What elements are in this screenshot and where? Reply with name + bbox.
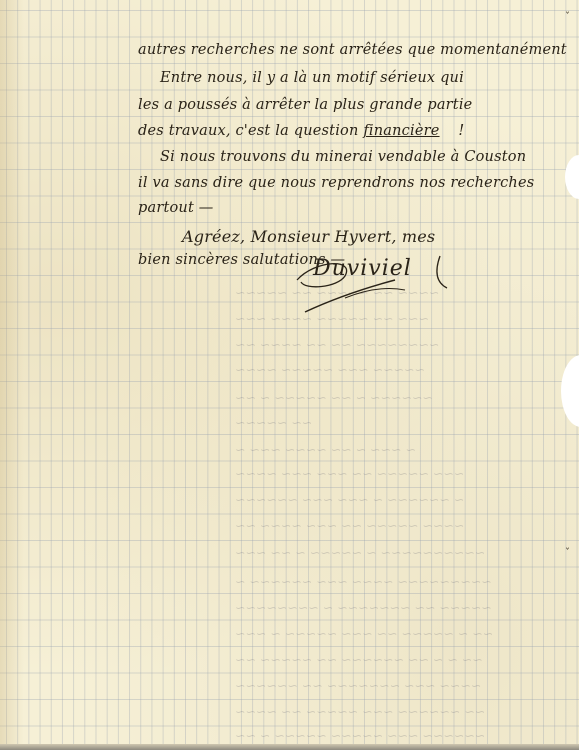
text-line-6: il va sans dire que nous reprendrons nos… [138, 175, 534, 191]
bleed-through-line: ~~~~~~~~~ ~~~~ ~~~ ~~~~~~ ~ [235, 574, 492, 589]
bleed-through-line: ~~~~~ ~~ ~~~~~~~ ~ ~~~~~~~~ [235, 600, 492, 615]
underlined-word: financière [363, 123, 439, 139]
bleed-through-line: ~~~~~~~~~~ ~ ~~~~~ ~ ~~ ~~~ [235, 545, 485, 560]
bleed-through-line: ~ ~~~ ~ ~~ ~~~~ ~~~ ~ [235, 442, 416, 457]
text-line-4-start: des travaux, c'est la question [138, 123, 359, 139]
torn-edge [561, 355, 579, 427]
bleed-through-line: ~~ ~ ~ ~~ ~~~~~~ ~~ ~~~~~ ~~ [235, 652, 483, 667]
paper-stain [0, 0, 24, 750]
bleed-through-line: ~~~~~~ ~ ~~ ~~~~~ ~ ~~ [235, 390, 433, 405]
bleed-through-line: ~~~~~~~~ ~~ ~~ ~~~~ ~~ [235, 337, 439, 352]
signature: Duviviel [285, 250, 455, 315]
signature-name: Duviviel [313, 256, 412, 281]
text-line-3: les a poussés à arrêter la plus grande p… [138, 97, 472, 113]
text-line-5: Si nous trouvons du minerai vendable à C… [160, 149, 526, 165]
text-line-2: Entre nous, il y a là un motif sérieux q… [160, 70, 464, 86]
bleed-through-line: ~~~~~ ~~~ ~~~~~ ~~~~ [235, 362, 425, 377]
bleed-through-line: ~~~~ ~~~~~ ~~ ~~~ ~~~~ ~~ [235, 518, 464, 533]
text-line-7: partout — [138, 200, 214, 216]
bleed-through-line: ~~~~ ~~~ ~~~~~~~ ~~ ~~~~~~ [235, 678, 481, 693]
bleed-through-line: ~ ~~~~~~ ~ ~~~ ~~~ ~~~~~~ [235, 492, 464, 507]
exclamation: ! [458, 123, 464, 139]
text-line-4: des travaux, c'est la question financièr… [138, 123, 464, 139]
bleed-through-line: ~~ ~~~~~~ ~~~ ~~~~~ ~~ ~~~~ [235, 704, 485, 719]
page-edge [0, 744, 579, 750]
torn-edge [565, 155, 579, 199]
bleed-through-line: ~~ ~ ~~~~~ ~~ ~~~ ~~~~~ ~ ~~~ [235, 626, 493, 641]
letter-page: ~~~~ ~~ ~~~~~ ~~ ~~~~~ ~~~ ~~ ~~~~~ ~~~~… [0, 0, 579, 750]
ink-mark: ˇ [565, 548, 570, 559]
text-line-1: autres recherches ne sont arrêtées que m… [138, 42, 567, 58]
bleed-through-line: ~~~ ~~~~~ ~~ ~~~ ~~~ ~~~~ [235, 466, 464, 481]
bleed-through-line: ~~~~~~ ~~~ ~~~~~ ~~~~~ ~ ~~ [235, 728, 485, 743]
bleed-through-line: ~~ ~~~~~ [235, 415, 312, 430]
ink-mark: ˇ [565, 12, 570, 23]
closing-line-1: Agréez, Monsieur Hyvert, mes [182, 227, 435, 246]
